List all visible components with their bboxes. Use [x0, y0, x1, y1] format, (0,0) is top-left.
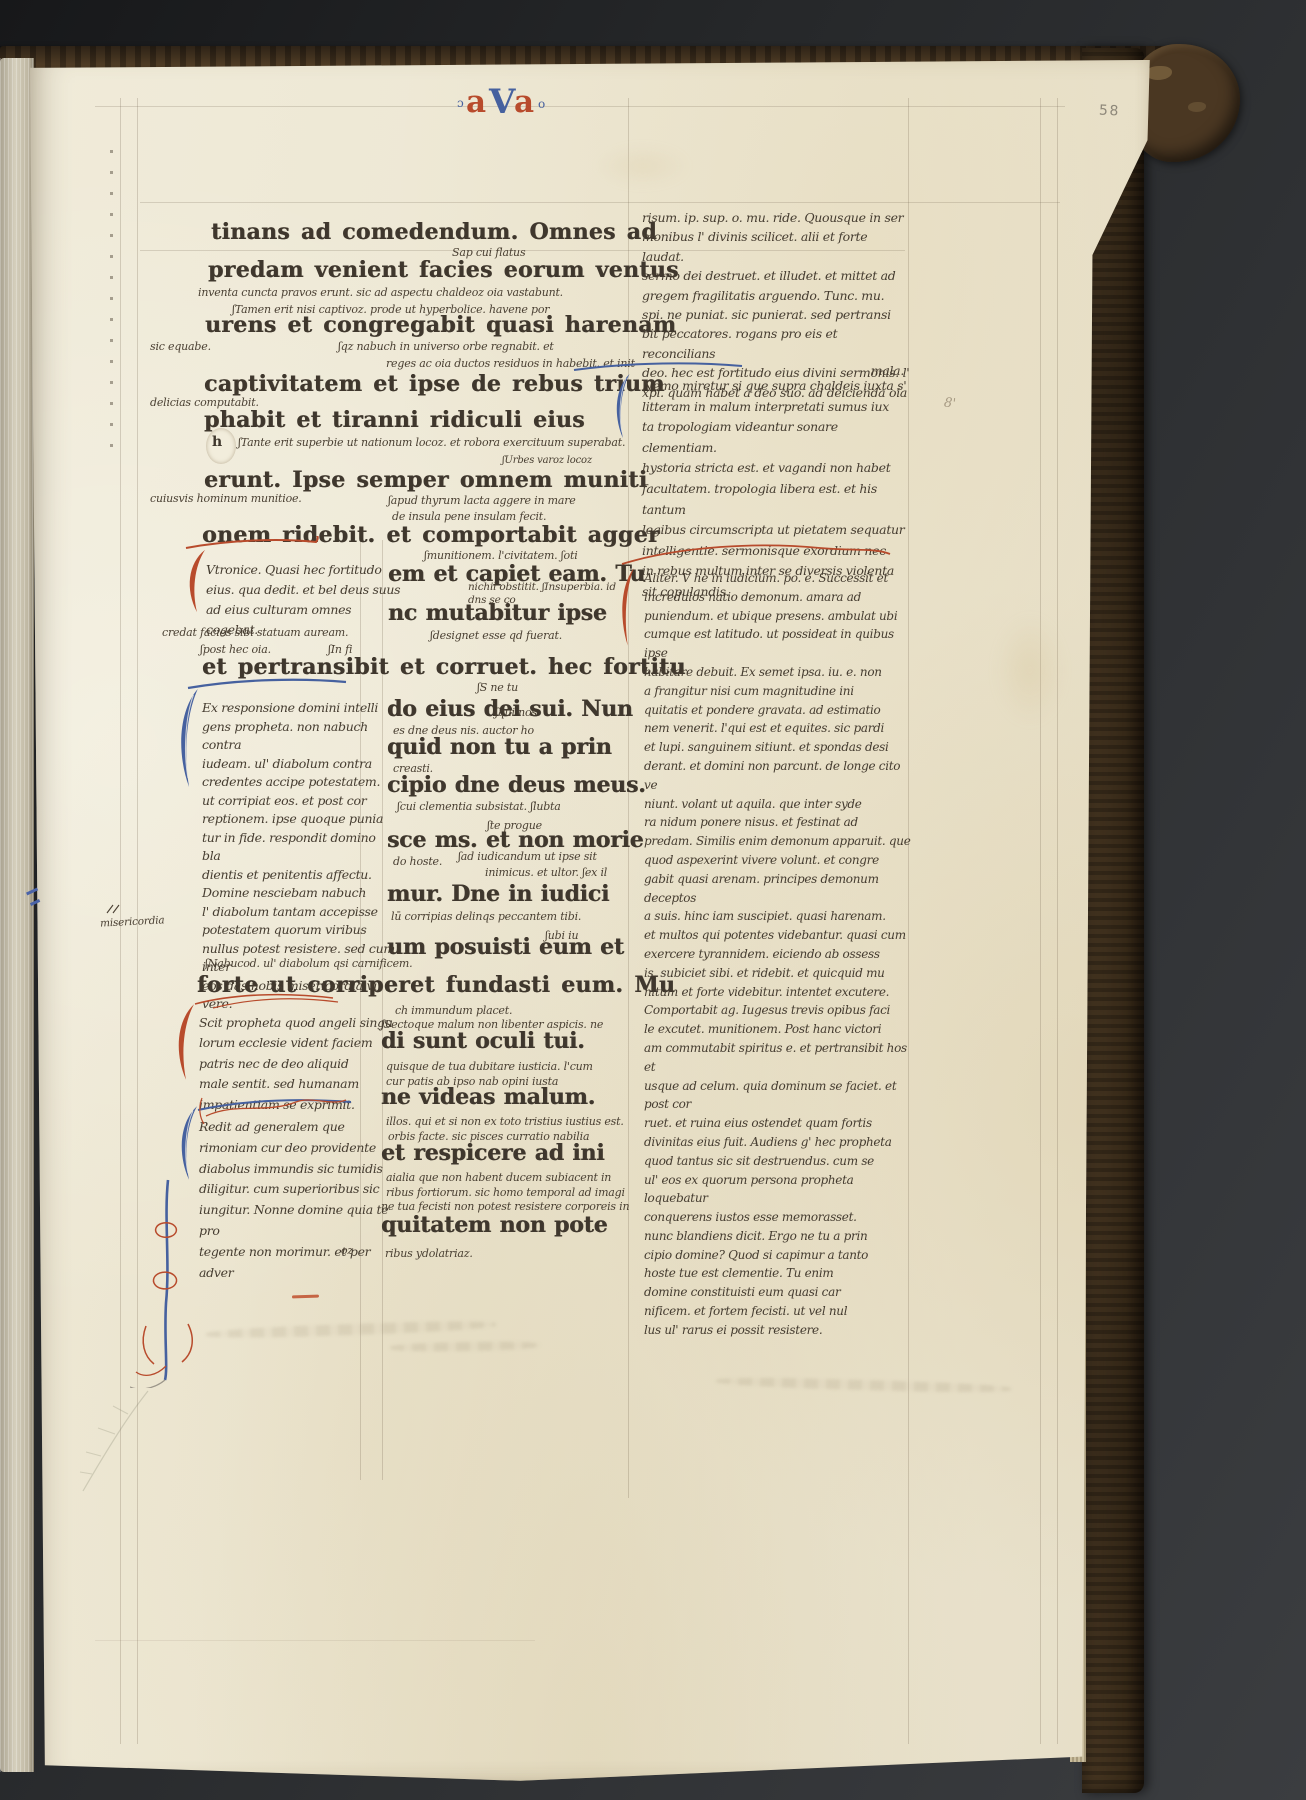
interlinear-gloss: ʃIn fi [328, 643, 352, 656]
gloss-paragraph-utronice: Vtronice. Quasi hec fortitudo eius. qua … [206, 560, 401, 640]
flourish-line-blue [572, 360, 747, 376]
interlinear-gloss: ʃcui clementia subsistat. ʃlubta [397, 800, 561, 813]
interlinear-gloss: lū corripias delinqs peccantem tibi. [391, 910, 581, 923]
interlinear-gloss: ne tua fecisti non potest resistere corp… [381, 1200, 629, 1213]
pricking-marks [110, 150, 113, 465]
flourish-line-red [193, 990, 343, 1012]
interlinear-gloss: nichil obstitit. ʃInsuperbia. id dns se … [468, 581, 618, 607]
interlinear-gloss: aialia que non habent ducem subiacent in [386, 1171, 611, 1184]
lemma-line: erunt. Ipse semper omnem muniti [204, 467, 647, 493]
interlinear-gloss: ʃS ne tu [477, 681, 518, 694]
lemma-line: et respicere ad ini [381, 1140, 604, 1166]
interlinear-gloss: es dne deus nis. auctor ho [393, 724, 534, 737]
lemma-line: tinans ad comedendum. Omnes ad [211, 219, 657, 245]
ruling-line [1040, 98, 1041, 1744]
interlinear-gloss: ʃapud thyrum lacta aggere in mare [388, 494, 576, 507]
lemma-line: cipio dne deus meus. [387, 772, 646, 798]
running-title-letter: a [466, 84, 486, 120]
running-title-letter: V [489, 82, 515, 122]
manuscript-photo: ɔ a V a o 58 8' tinans ad comedendum. Om… [0, 0, 1306, 1800]
interlinear-gloss: ribus fortiorum. sic homo temporal ad im… [386, 1186, 625, 1199]
initial-flourish-blue-ex [175, 686, 201, 790]
interlinear-gloss: inimicus. et ultor. ʃex il [485, 866, 607, 879]
interlinear-gloss: de insula pene insulam fecit. [392, 510, 546, 523]
ruling-line [95, 106, 1065, 107]
ruling-line [1057, 98, 1058, 1744]
lemma-line: di sunt oculi tui. [381, 1028, 585, 1054]
flourish-line-red [184, 536, 324, 556]
interlinear-gloss: ʃTante erit superbie ut nationum locoz. … [238, 436, 625, 449]
marginal-gloss: cuiusvis hominum munitioe. [150, 492, 302, 505]
marginal-gloss: sic equabe. [150, 340, 211, 353]
interlinear-gloss: orbis facte. sic pisces curratio nabilia [388, 1130, 589, 1143]
cadel-descender-flourish [130, 1178, 216, 1388]
interlinear-gloss: ʃpost hec oia. [200, 643, 271, 656]
interlinear-gloss: ʃqz nabuch in universo orbe regnabit. et [338, 340, 554, 353]
quire-mark: 8' [943, 395, 956, 411]
interlinear-gloss: ʃdesignet esse qd fuerat. [430, 629, 562, 642]
facing-page-edge [0, 58, 34, 1772]
lemma-line: phabit et tiranni ridiculi eius [204, 407, 585, 433]
gloss-paragraph-redit: Redit ad generalem que rimoniam cur deo … [199, 1117, 399, 1283]
interlinear-gloss: ʃTamen erit nisi captivoz. prode ut hype… [232, 303, 549, 316]
initial-flourish-blue-nemo [612, 372, 632, 440]
initial-flourish-red-scit [173, 1002, 197, 1082]
lemma-line: quid non tu a prin [387, 734, 612, 760]
running-title-flourish-left: ɔ [457, 96, 464, 110]
interlinear-gloss: ch immundum placet. [395, 1004, 512, 1017]
lemma-line: um posuisti eum et [387, 934, 624, 960]
ruling-line [95, 1640, 535, 1641]
flourish-line-blue [186, 676, 351, 694]
interlinear-gloss: creasti. [393, 762, 433, 775]
interlinear-gloss: quisque de tua dubitare iusticia. l'cum [386, 1060, 593, 1073]
interlinear-gloss: ʃmunitionem. l'civitatem. ʃoti [424, 549, 578, 562]
folio-number: 58 [1099, 102, 1121, 119]
initial-flourish-red-aliter [618, 566, 636, 648]
running-title-flourish-right: o [538, 97, 545, 111]
interlinear-gloss: inventa cuncta pravos erunt. sic ad aspe… [198, 286, 563, 299]
ruling-line [140, 202, 1060, 203]
marginal-sprig-doodle [68, 1386, 163, 1501]
flourish-line-red [620, 540, 895, 570]
flourish-line-blue-red [196, 1092, 356, 1124]
insertion-marks [104, 903, 126, 915]
interlinear-gloss: ʃUrbes varoz locoz [502, 455, 592, 466]
interlinear-gloss: ʃqui nos [495, 706, 537, 719]
ruling-line [628, 98, 629, 1498]
lemma-line: predam venient facies eorum ventus [208, 257, 679, 283]
catchword: oz [341, 1244, 353, 1257]
interlinear-gloss: illos. qui et si non ex toto tristius iu… [386, 1115, 624, 1128]
interlinear-gloss: Sap cui flatus [452, 246, 525, 259]
leather-chip [1188, 102, 1206, 112]
interlinear-gloss: ʃte progue [487, 819, 542, 832]
marginal-gloss: delicias computabit. [150, 396, 259, 409]
interlinear-gloss: ʃubi iu [545, 929, 578, 942]
interlinear-gloss: ʃad iudicandum ut ipse sit [458, 850, 597, 863]
lemma-line: quitatem non pote [381, 1212, 607, 1238]
running-title-letter: a [514, 84, 534, 120]
interlinear-gloss: ʃSectoque malum non libenter aspicis. ne [381, 1018, 603, 1031]
gloss-paragraph-aliter: Aliter. V he in iudicium. po. e. Success… [644, 569, 916, 1340]
leather-chip [1146, 66, 1172, 80]
lemma-line: mur. Dne in iudici [387, 881, 609, 907]
gloss-paragraph-ex-responsione: Ex responsione domini intelli gens proph… [202, 699, 397, 1014]
marginal-letter: h [212, 434, 222, 450]
interlinear-gloss: cur patis ab ipso nab opini iusta [386, 1075, 558, 1088]
interlinear-gloss: do hoste. [393, 855, 442, 868]
initial-flourish-red-utronice [184, 548, 208, 614]
